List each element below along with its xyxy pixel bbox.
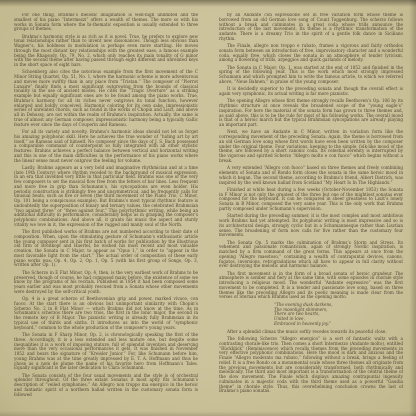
paragraph: The Sonata Op. 5 marks the culmination o… — [219, 241, 403, 270]
paragraph: The Sonata consists of the four usual mo… — [14, 374, 198, 398]
paragraph: Schoenberg also cites the notorious exam… — [14, 70, 198, 127]
paragraph: The Sonata in F Sharp Minor, Op. 2, is c… — [14, 333, 198, 371]
paragraph: The first movement is in the form of a b… — [219, 272, 403, 301]
paragraph: After a splendid climax the music softly… — [219, 330, 403, 335]
paragraph: The first published works of Brahms are … — [14, 230, 198, 268]
paragraph: The Sonata in C Major, Op. 1, was starte… — [219, 66, 403, 85]
book-page: For one thing, Brahms’s melodic imaginat… — [0, 0, 416, 416]
paragraph: A very extended “Allegro con fuoco” base… — [219, 166, 403, 185]
paragraph: Brahms’s harmonic style is as rich as it… — [14, 35, 198, 68]
paragraph: Op. 4 is a great scherzo of Beethovenian… — [14, 297, 198, 330]
right-column: by an Andante con espressione set in fre… — [219, 13, 403, 408]
paragraph: It is decidedly superior to the precedin… — [219, 87, 403, 97]
paragraph: The Finale, allegro non troppo e rubato,… — [219, 44, 403, 63]
poem-line: Embraced in heavenly joy.” — [274, 322, 403, 327]
paragraph: Next, we have an Andante in C Minor, wri… — [219, 130, 403, 163]
paragraph: The Scherzo in E Flat Minor, Op. 4, then… — [14, 271, 198, 295]
paragraph: For all its variety and novelty, Brahms’… — [14, 130, 198, 163]
paragraph: Lastly, Brahms appears as a very bold an… — [14, 166, 198, 228]
poem-quote: “The evening dusk darkens,The moonlight … — [274, 303, 403, 327]
paragraph: The opening Allegro whose first theme st… — [219, 99, 403, 128]
paragraph: For one thing, Brahms’s melodic imaginat… — [14, 13, 198, 32]
paragraph: Finished at white heat during a few week… — [219, 188, 403, 212]
left-column: For one thing, Brahms’s melodic imaginat… — [14, 13, 198, 408]
paragraph: The following Scherzo “Allegro energico”… — [219, 337, 403, 394]
paragraph: Started during the preceding summer, it … — [219, 214, 403, 238]
paragraph: by an Andante con espressione set in fre… — [219, 13, 403, 42]
